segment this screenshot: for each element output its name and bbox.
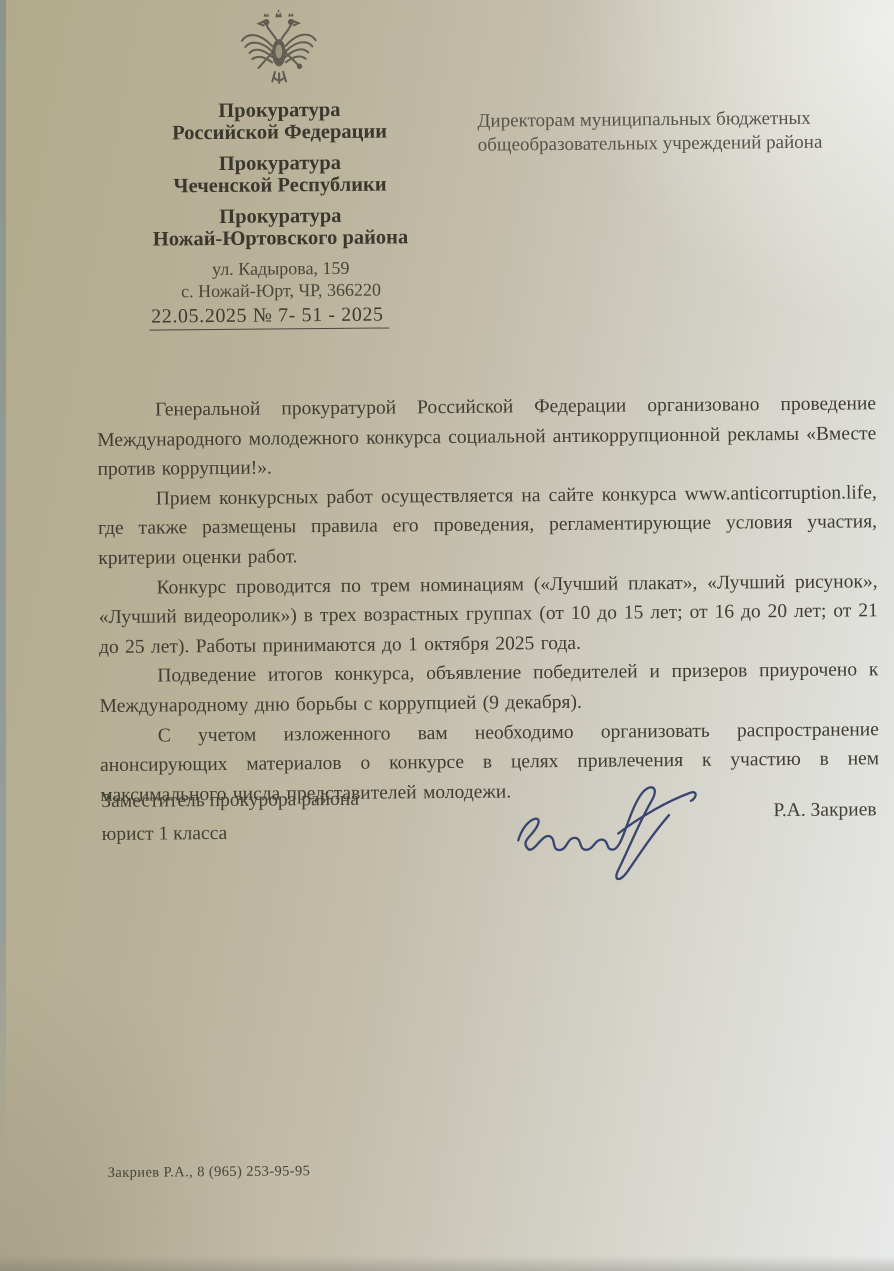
signer-name: Р.А. Закриев — [701, 799, 876, 823]
letter-content: Прокуратура Российской Федерации Прокура… — [0, 0, 894, 1271]
org-line: Российской Федерации — [84, 120, 476, 145]
addressee-block: Директорам муниципальных бюджетных общео… — [477, 106, 881, 157]
double-headed-eagle-icon — [238, 7, 321, 100]
org-line: Ножай-Юртовского района — [84, 226, 476, 251]
letterhead-address: ул. Кадырова, 159 с. Ножай-Юрт, ЧР, 3662… — [85, 257, 477, 303]
letter-body: Генеральной прокуратурой Российской Феде… — [97, 389, 880, 810]
paragraph: Прием конкурсных работ осуществляется на… — [98, 478, 878, 574]
address-city: с. Ножай-Юрт, ЧР, 366220 — [85, 278, 477, 303]
signer-position-line1: Заместитель прокурора района — [101, 783, 359, 818]
org-line: Чеченской Республики — [84, 173, 476, 198]
date-number-value: 22.05.2025 № 7- 51 - 2025 — [149, 303, 390, 330]
handwritten-signature-icon — [499, 761, 705, 883]
signer-position-line2: юрист 1 класса — [102, 816, 360, 851]
scanned-letter-page: Прокуратура Российской Федерации Прокура… — [0, 0, 894, 1271]
date-number-line: 22.05.2025 № 7- 51 - 2025 — [149, 303, 390, 328]
signer-position: Заместитель прокурора района юрист 1 кла… — [101, 783, 359, 851]
executor-contact: Закриев Р.А., 8 (965) 253-95-95 — [108, 1163, 311, 1182]
letterhead-org-block: Прокуратура Российской Федерации Прокура… — [83, 98, 477, 303]
paragraph: Генеральной прокуратурой Российской Феде… — [97, 389, 877, 485]
paragraph: Подведение итогов конкурса, объявление п… — [99, 656, 878, 722]
paragraph: Конкурс проводится по трем номинациям («… — [98, 567, 878, 663]
